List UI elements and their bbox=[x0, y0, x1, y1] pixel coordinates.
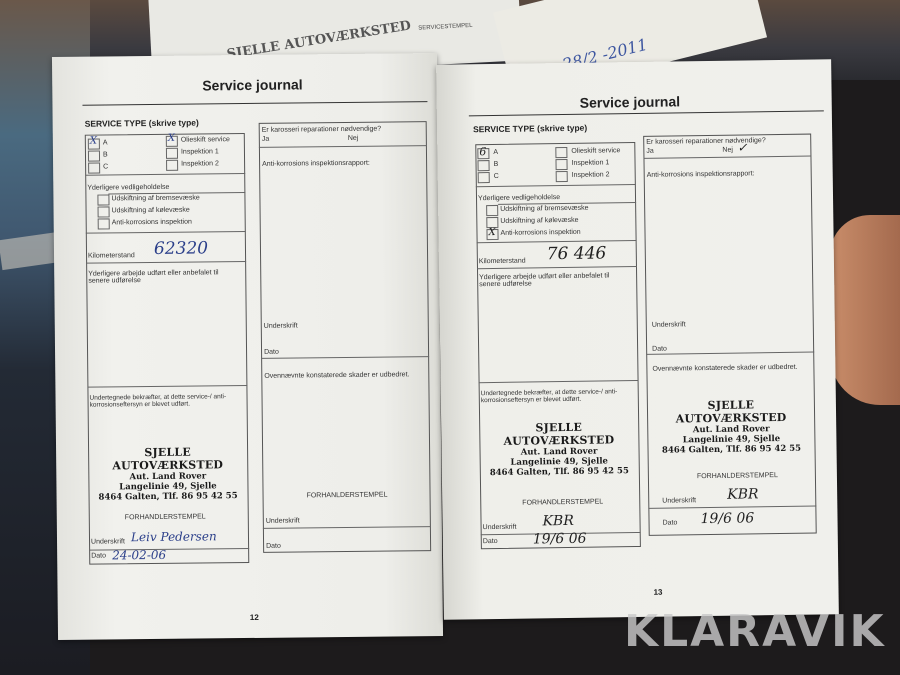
odometer-label: Kilometerstand bbox=[479, 258, 526, 266]
date-value: 24-02-06 bbox=[112, 548, 166, 563]
signature-value: Leiv Pedersen bbox=[131, 529, 217, 544]
checkbox-type-c[interactable] bbox=[88, 163, 100, 174]
right-bottom-date-label: Dato bbox=[663, 519, 678, 526]
right-dealer-stamp: SJELLE AUTOVÆRKSTED Aut. Land Rover Lang… bbox=[651, 398, 812, 456]
no-label: Nej bbox=[722, 147, 733, 154]
right-date-label: Dato bbox=[264, 349, 279, 356]
service-type-heading: SERVICE TYPE (skrive type) bbox=[473, 123, 587, 135]
no-label: Nej bbox=[348, 135, 359, 142]
stamp-name: SJELLE AUTOVÆRKSTED bbox=[481, 420, 636, 448]
service-type-heading: SERVICE TYPE (skrive type) bbox=[85, 117, 199, 128]
dealer-stamp: SJELLE AUTOVÆRKSTED Aut. Land Rover Lang… bbox=[90, 445, 246, 503]
checkbox-brake-fluid[interactable] bbox=[486, 205, 498, 216]
confirmation-text: Undertegnede bekræfter, at dette service… bbox=[481, 388, 633, 404]
title-rule bbox=[469, 110, 824, 116]
right-bottom-date-label: Dato bbox=[266, 543, 281, 550]
signature-label: Underskrift bbox=[91, 538, 125, 545]
label-type-c: C bbox=[103, 163, 108, 170]
mark-type-a: 6 bbox=[479, 145, 486, 158]
mark-type-a: X bbox=[90, 136, 97, 147]
label-type-c: C bbox=[494, 173, 499, 180]
checkbox-coolant[interactable] bbox=[98, 206, 110, 217]
right-bottom-signature-label: Underskrift bbox=[266, 517, 300, 524]
stamp-name: SJELLE AUTOVÆRKSTED bbox=[90, 445, 245, 473]
right-dealer-stamp-label: FORHANLDERSTEMPEL bbox=[307, 492, 388, 500]
mark-anti-corrosion: X bbox=[488, 227, 495, 238]
title-rule bbox=[82, 101, 427, 106]
checkbox-type-b[interactable] bbox=[477, 160, 489, 171]
page-title: Service journal bbox=[580, 93, 681, 110]
label-type-a: A bbox=[493, 149, 498, 156]
checkbox-brake-fluid[interactable] bbox=[97, 194, 109, 205]
further-work-label: Yderligere arbejde udført eller anbefale… bbox=[479, 272, 629, 288]
label-anti-corrosion: Anti-korrosions inspektion bbox=[112, 219, 192, 227]
checkbox-type-c[interactable] bbox=[478, 172, 490, 183]
page-number: 13 bbox=[653, 588, 662, 597]
label-oil-service: Olieskift service bbox=[571, 147, 620, 155]
checkbox-oil-service[interactable] bbox=[555, 147, 567, 158]
stamp-line3: 8464 Galten, Tlf. 86 95 42 55 bbox=[91, 491, 246, 503]
label-oil-service: Olieskift service bbox=[181, 136, 230, 144]
checkbox-type-b[interactable] bbox=[88, 151, 100, 162]
odometer-value: 76 446 bbox=[547, 243, 607, 264]
label-brake-fluid: Udskiftning af bremsevæske bbox=[500, 205, 588, 213]
page-12: Service journal SERVICE TYPE (skrive typ… bbox=[52, 53, 443, 640]
page-13: Service journal SERVICE TYPE (skrive typ… bbox=[436, 59, 839, 619]
further-work-label: Yderligere arbejde udført eller anbefale… bbox=[88, 269, 238, 285]
maintenance-heading: Yderligere vedligeholdelse bbox=[478, 194, 560, 202]
stamp-name: SJELLE AUTOVÆRKSTED bbox=[651, 398, 811, 426]
maintenance-heading: Yderligere vedligeholdelse bbox=[87, 184, 169, 192]
right-bottom-date-value: 19/6 06 bbox=[700, 510, 754, 527]
hand bbox=[830, 215, 900, 405]
right-bottom-signature-label: Underskrift bbox=[662, 497, 696, 504]
odometer-value: 62320 bbox=[154, 238, 208, 259]
label-inspection-1: Inspektion 1 bbox=[571, 159, 609, 167]
page-title: Service journal bbox=[202, 76, 303, 93]
checkbox-inspection-1[interactable] bbox=[166, 148, 178, 159]
label-type-b: B bbox=[493, 161, 498, 168]
watermark-logo: KLARAVIK bbox=[624, 606, 886, 657]
date-value: 19/6 06 bbox=[533, 531, 587, 548]
date-label: Dato bbox=[91, 552, 106, 559]
label-inspection-1: Inspektion 1 bbox=[181, 148, 219, 155]
back-servicestempel: SERVICESTEMPEL bbox=[418, 23, 472, 32]
date-label: Dato bbox=[483, 538, 498, 545]
page-number: 12 bbox=[250, 613, 259, 622]
label-coolant: Udskiftning af kølevæske bbox=[112, 207, 190, 215]
signature-label: Underskrift bbox=[483, 524, 517, 531]
right-signature-label: Underskrift bbox=[652, 321, 686, 328]
corrosion-report-label: Anti-korrosions inspektionsrapport: bbox=[262, 160, 370, 168]
checkbox-anti-corrosion[interactable] bbox=[98, 218, 110, 229]
mark-oil-service: X bbox=[168, 133, 175, 144]
dealer-stamp: SJELLE AUTOVÆRKSTED Aut. Land Rover Lang… bbox=[481, 420, 637, 478]
checkbox-inspection-2[interactable] bbox=[556, 171, 568, 182]
checkbox-inspection-1[interactable] bbox=[555, 159, 567, 170]
signature-value: KBR bbox=[542, 513, 574, 529]
label-inspection-2: Inspektion 2 bbox=[572, 171, 610, 179]
confirmation-text: Undertegnede bekræfter, at dette service… bbox=[89, 393, 241, 409]
label-type-b: B bbox=[103, 151, 108, 158]
label-coolant: Udskiftning af kølevæske bbox=[500, 217, 578, 225]
checkbox-inspection-2[interactable] bbox=[166, 160, 178, 171]
right-signature-label: Underskrift bbox=[264, 322, 298, 329]
right-bottom-signature-value: KBR bbox=[727, 486, 759, 502]
label-brake-fluid: Udskiftning af bremsevæske bbox=[111, 194, 199, 202]
dealer-stamp-label: FORHANDLERSTEMPEL bbox=[522, 498, 603, 506]
dealer-stamp-label: FORHANDLERSTEMPEL bbox=[125, 513, 206, 521]
label-inspection-2: Inspektion 2 bbox=[181, 160, 219, 167]
right-dealer-stamp-label: FORHANLDERSTEMPEL bbox=[697, 472, 778, 480]
yes-label: Ja bbox=[262, 136, 269, 143]
odometer-label: Kilometerstand bbox=[88, 252, 135, 259]
label-type-a: A bbox=[103, 139, 108, 146]
right-date-label: Dato bbox=[652, 346, 667, 353]
body-repair-box bbox=[259, 121, 431, 553]
body-repair-question: Er karosseri reparationer nødvendige? bbox=[262, 126, 382, 134]
no-mark: ✓ bbox=[737, 140, 747, 154]
yes-label: Ja bbox=[646, 148, 654, 155]
label-anti-corrosion: Anti-korrosions inspektion bbox=[500, 229, 580, 237]
